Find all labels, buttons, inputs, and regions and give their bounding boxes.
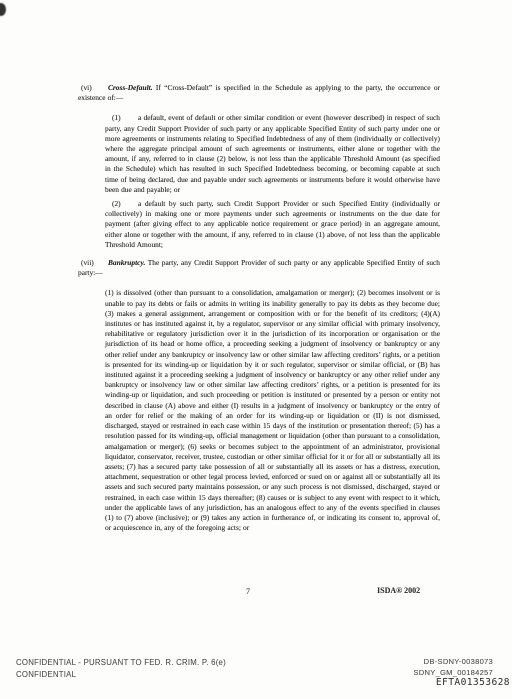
- confidential-line-1: CONFIDENTIAL - PURSUANT TO FED. R. CRIM.…: [16, 657, 226, 669]
- subclause-2: (2)a default by such party, such Credit …: [105, 199, 440, 250]
- subclause-label: (2): [112, 199, 138, 209]
- page-number: 7: [78, 587, 418, 596]
- section-title: Bankruptcy.: [108, 258, 145, 267]
- subclause-label: (1): [112, 113, 138, 123]
- section-cross-default-heading: (vi)Cross-Default. If “Cross-Default” is…: [78, 83, 440, 103]
- confidential-line-2: CONFIDENTIAL: [16, 669, 226, 681]
- scanned-document-page: (vi)Cross-Default. If “Cross-Default” is…: [0, 0, 512, 699]
- section-label: (vi): [81, 83, 108, 93]
- document-body: (vi)Cross-Default. If “Cross-Default” is…: [78, 83, 440, 533]
- scan-artifact-mark: [0, 3, 6, 16]
- confidentiality-stamp: CONFIDENTIAL - PURSUANT TO FED. R. CRIM.…: [16, 657, 226, 682]
- subclause-text: a default, event of default or other sim…: [105, 113, 440, 193]
- subclause-1: (1)a default, event of default or other …: [105, 113, 440, 195]
- bates-number-3: EFTA01353628: [436, 677, 510, 688]
- section-bankruptcy-heading: (vii)Bankruptcy. The party, any Credit S…: [78, 258, 440, 278]
- isda-brand-mark: ISDA® 2002: [377, 586, 420, 595]
- bankruptcy-body-paragraph: (1) is dissolved (other than pursuant to…: [105, 288, 440, 533]
- bates-stamp-block: DB-SDNY-0038073 SDNY_GM_00184257: [413, 656, 493, 678]
- bates-number-1: DB-SDNY-0038073: [413, 656, 493, 667]
- subclause-text: a default by such party, such Credit Sup…: [105, 199, 440, 249]
- section-title: Cross-Default.: [108, 83, 153, 92]
- section-label: (vii): [81, 258, 108, 268]
